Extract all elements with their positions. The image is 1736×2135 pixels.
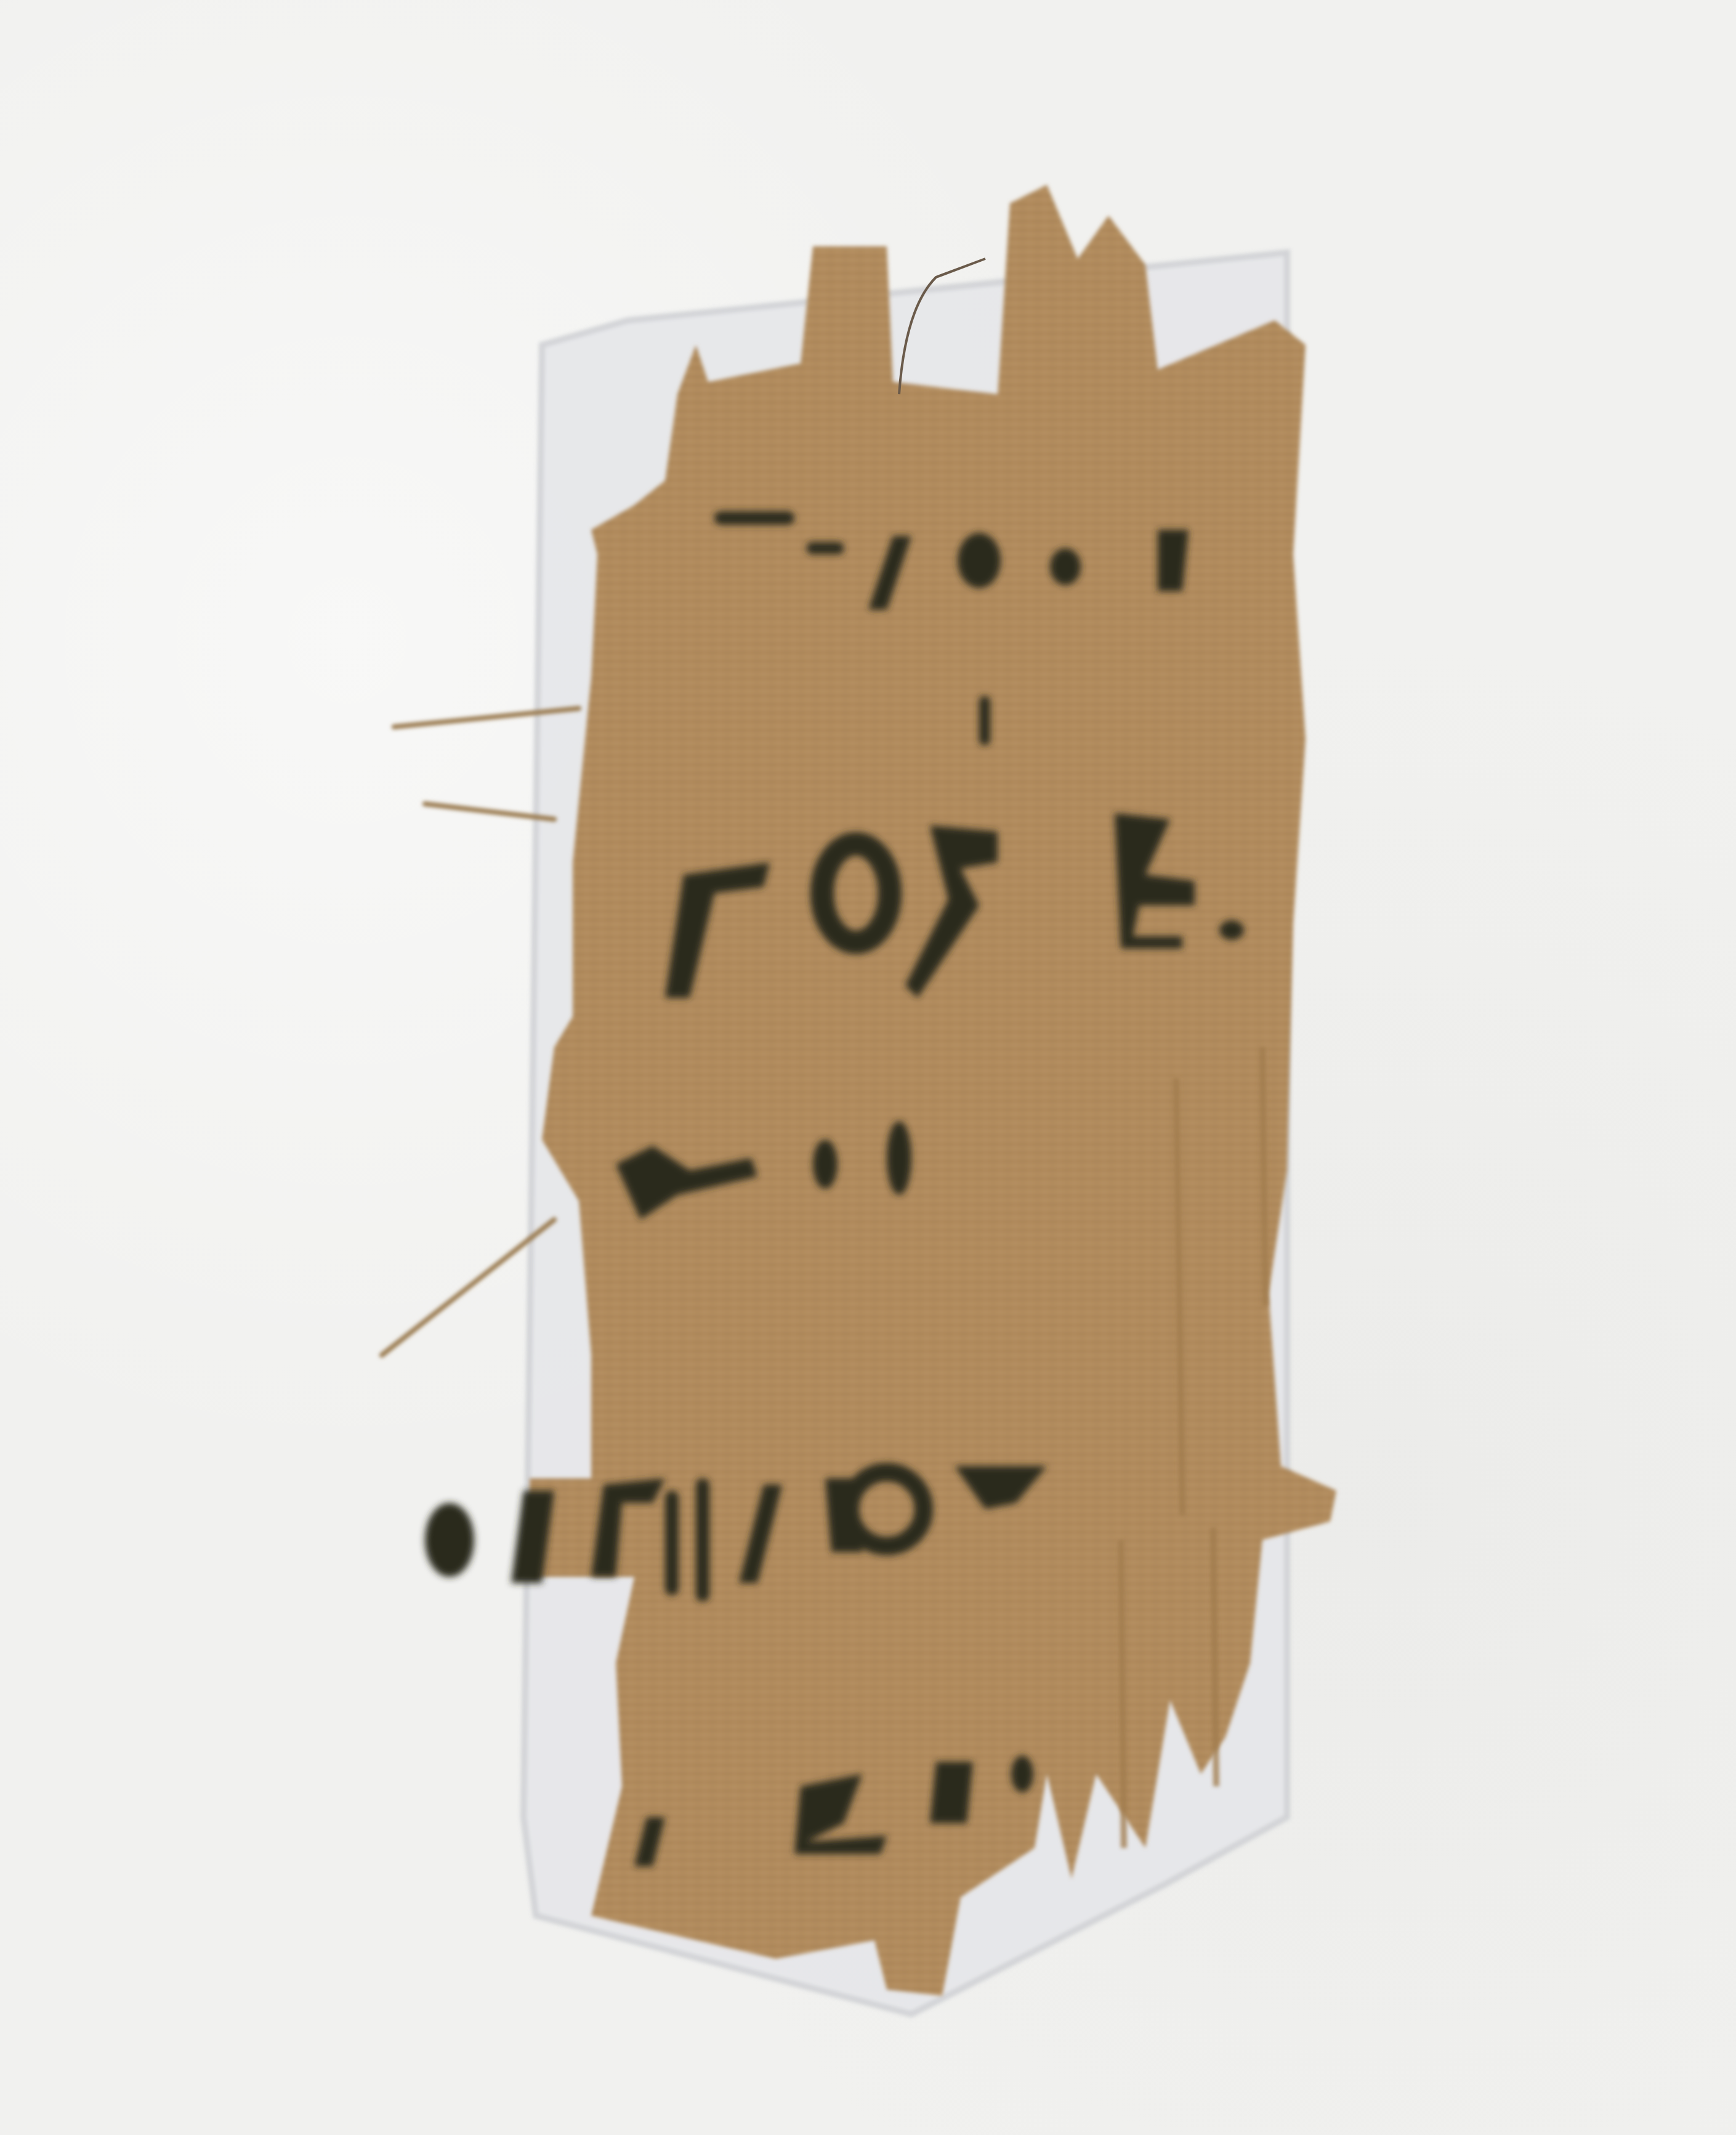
papyrus-photo (0, 0, 1736, 2135)
